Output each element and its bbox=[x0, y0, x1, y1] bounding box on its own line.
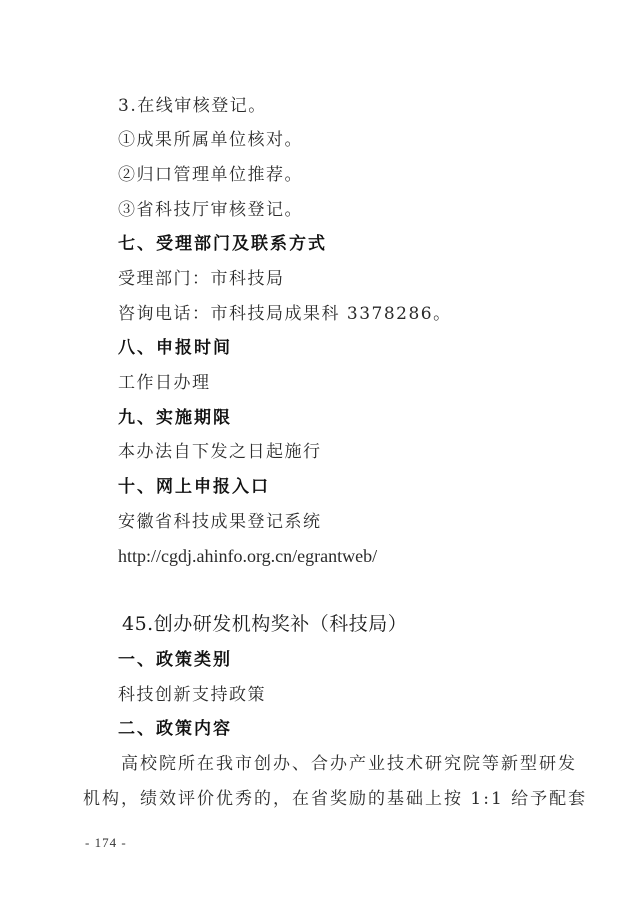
application-time: 工作日办理 bbox=[118, 372, 211, 394]
policy-content-line-2: 机构，绩效评价优秀的，在省奖励的基础上按 1:1 给予配套 bbox=[83, 788, 583, 810]
section-heading-9: 九、实施期限 bbox=[118, 407, 232, 429]
registration-system-name: 安徽省科技成果登记系统 bbox=[118, 511, 322, 533]
policy-category: 科技创新支持政策 bbox=[118, 684, 266, 706]
section-heading-10: 十、网上申报入口 bbox=[118, 476, 270, 498]
step-3-sub-2: ②归口管理单位推荐。 bbox=[118, 164, 303, 186]
step-3-sub-1: ①成果所属单位核对。 bbox=[118, 129, 303, 151]
section-45-heading-2: 二、政策内容 bbox=[118, 718, 232, 740]
online-application-url[interactable]: http://cgdj.ahinfo.org.cn/egrantweb/ bbox=[118, 545, 377, 567]
section-45-heading-1: 一、政策类别 bbox=[118, 649, 232, 671]
section-heading-8: 八、申报时间 bbox=[118, 337, 232, 359]
section-heading-7: 七、受理部门及联系方式 bbox=[118, 233, 327, 255]
accepting-department: 受理部门：市科技局 bbox=[118, 268, 285, 290]
section-45-title: 45.创办研发机构奖补（科技局） bbox=[122, 613, 407, 635]
step-3-online-review: 3.在线审核登记。 bbox=[118, 95, 267, 117]
page-number: - 174 - bbox=[85, 835, 127, 851]
implementation-period: 本办法自下发之日起施行 bbox=[118, 441, 322, 463]
consultation-phone: 咨询电话：市科技局成果科 3378286。 bbox=[118, 303, 452, 325]
step-3-sub-3: ③省科技厅审核登记。 bbox=[118, 199, 303, 221]
policy-content-line-1: 高校院所在我市创办、合办产业技术研究院等新型研发 bbox=[83, 753, 583, 775]
